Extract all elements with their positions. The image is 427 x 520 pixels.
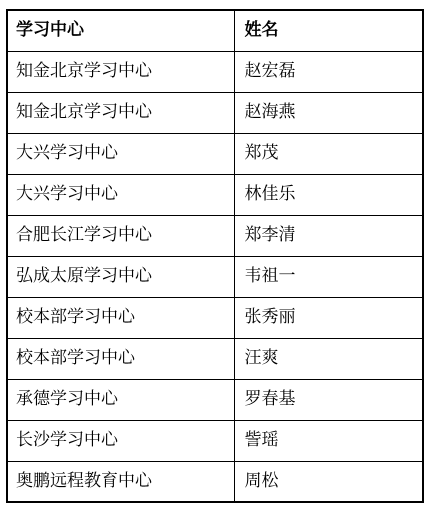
name-cell: 汪爽 (234, 338, 423, 379)
table-row: 长沙学习中心訾瑶 (7, 420, 423, 461)
table-row: 校本部学习中心张秀丽 (7, 297, 423, 338)
learning-center-cell: 奥鹏远程教育中心 (7, 461, 234, 502)
learning-center-cell: 校本部学习中心 (7, 297, 234, 338)
name-cell: 郑茂 (234, 133, 423, 174)
learning-center-cell: 校本部学习中心 (7, 338, 234, 379)
name-cell: 訾瑶 (234, 420, 423, 461)
learning-center-cell: 大兴学习中心 (7, 174, 234, 215)
name-cell: 郑李清 (234, 215, 423, 256)
column-header-name: 姓名 (234, 10, 423, 51)
table-row: 知金北京学习中心赵海燕 (7, 92, 423, 133)
name-cell: 张秀丽 (234, 297, 423, 338)
learning-center-cell: 弘成太原学习中心 (7, 256, 234, 297)
table-row: 合肥长江学习中心郑李清 (7, 215, 423, 256)
table-row: 大兴学习中心郑茂 (7, 133, 423, 174)
table-row: 弘成太原学习中心韦祖一 (7, 256, 423, 297)
learning-center-cell: 承德学习中心 (7, 379, 234, 420)
learning-center-cell: 知金北京学习中心 (7, 92, 234, 133)
learning-center-table: 学习中心 姓名 知金北京学习中心赵宏磊知金北京学习中心赵海燕大兴学习中心郑茂大兴… (6, 9, 424, 503)
learning-center-cell: 长沙学习中心 (7, 420, 234, 461)
table-body: 知金北京学习中心赵宏磊知金北京学习中心赵海燕大兴学习中心郑茂大兴学习中心林佳乐合… (7, 51, 423, 502)
name-cell: 罗春基 (234, 379, 423, 420)
table-row: 校本部学习中心汪爽 (7, 338, 423, 379)
name-cell: 周松 (234, 461, 423, 502)
name-cell: 赵宏磊 (234, 51, 423, 92)
table-row: 承德学习中心罗春基 (7, 379, 423, 420)
name-cell: 林佳乐 (234, 174, 423, 215)
column-header-learning-center: 学习中心 (7, 10, 234, 51)
table-row: 奥鹏远程教育中心周松 (7, 461, 423, 502)
learning-center-cell: 大兴学习中心 (7, 133, 234, 174)
name-cell: 赵海燕 (234, 92, 423, 133)
header-row: 学习中心 姓名 (7, 10, 423, 51)
table-row: 知金北京学习中心赵宏磊 (7, 51, 423, 92)
learning-center-cell: 合肥长江学习中心 (7, 215, 234, 256)
name-cell: 韦祖一 (234, 256, 423, 297)
learning-center-cell: 知金北京学习中心 (7, 51, 234, 92)
table-row: 大兴学习中心林佳乐 (7, 174, 423, 215)
